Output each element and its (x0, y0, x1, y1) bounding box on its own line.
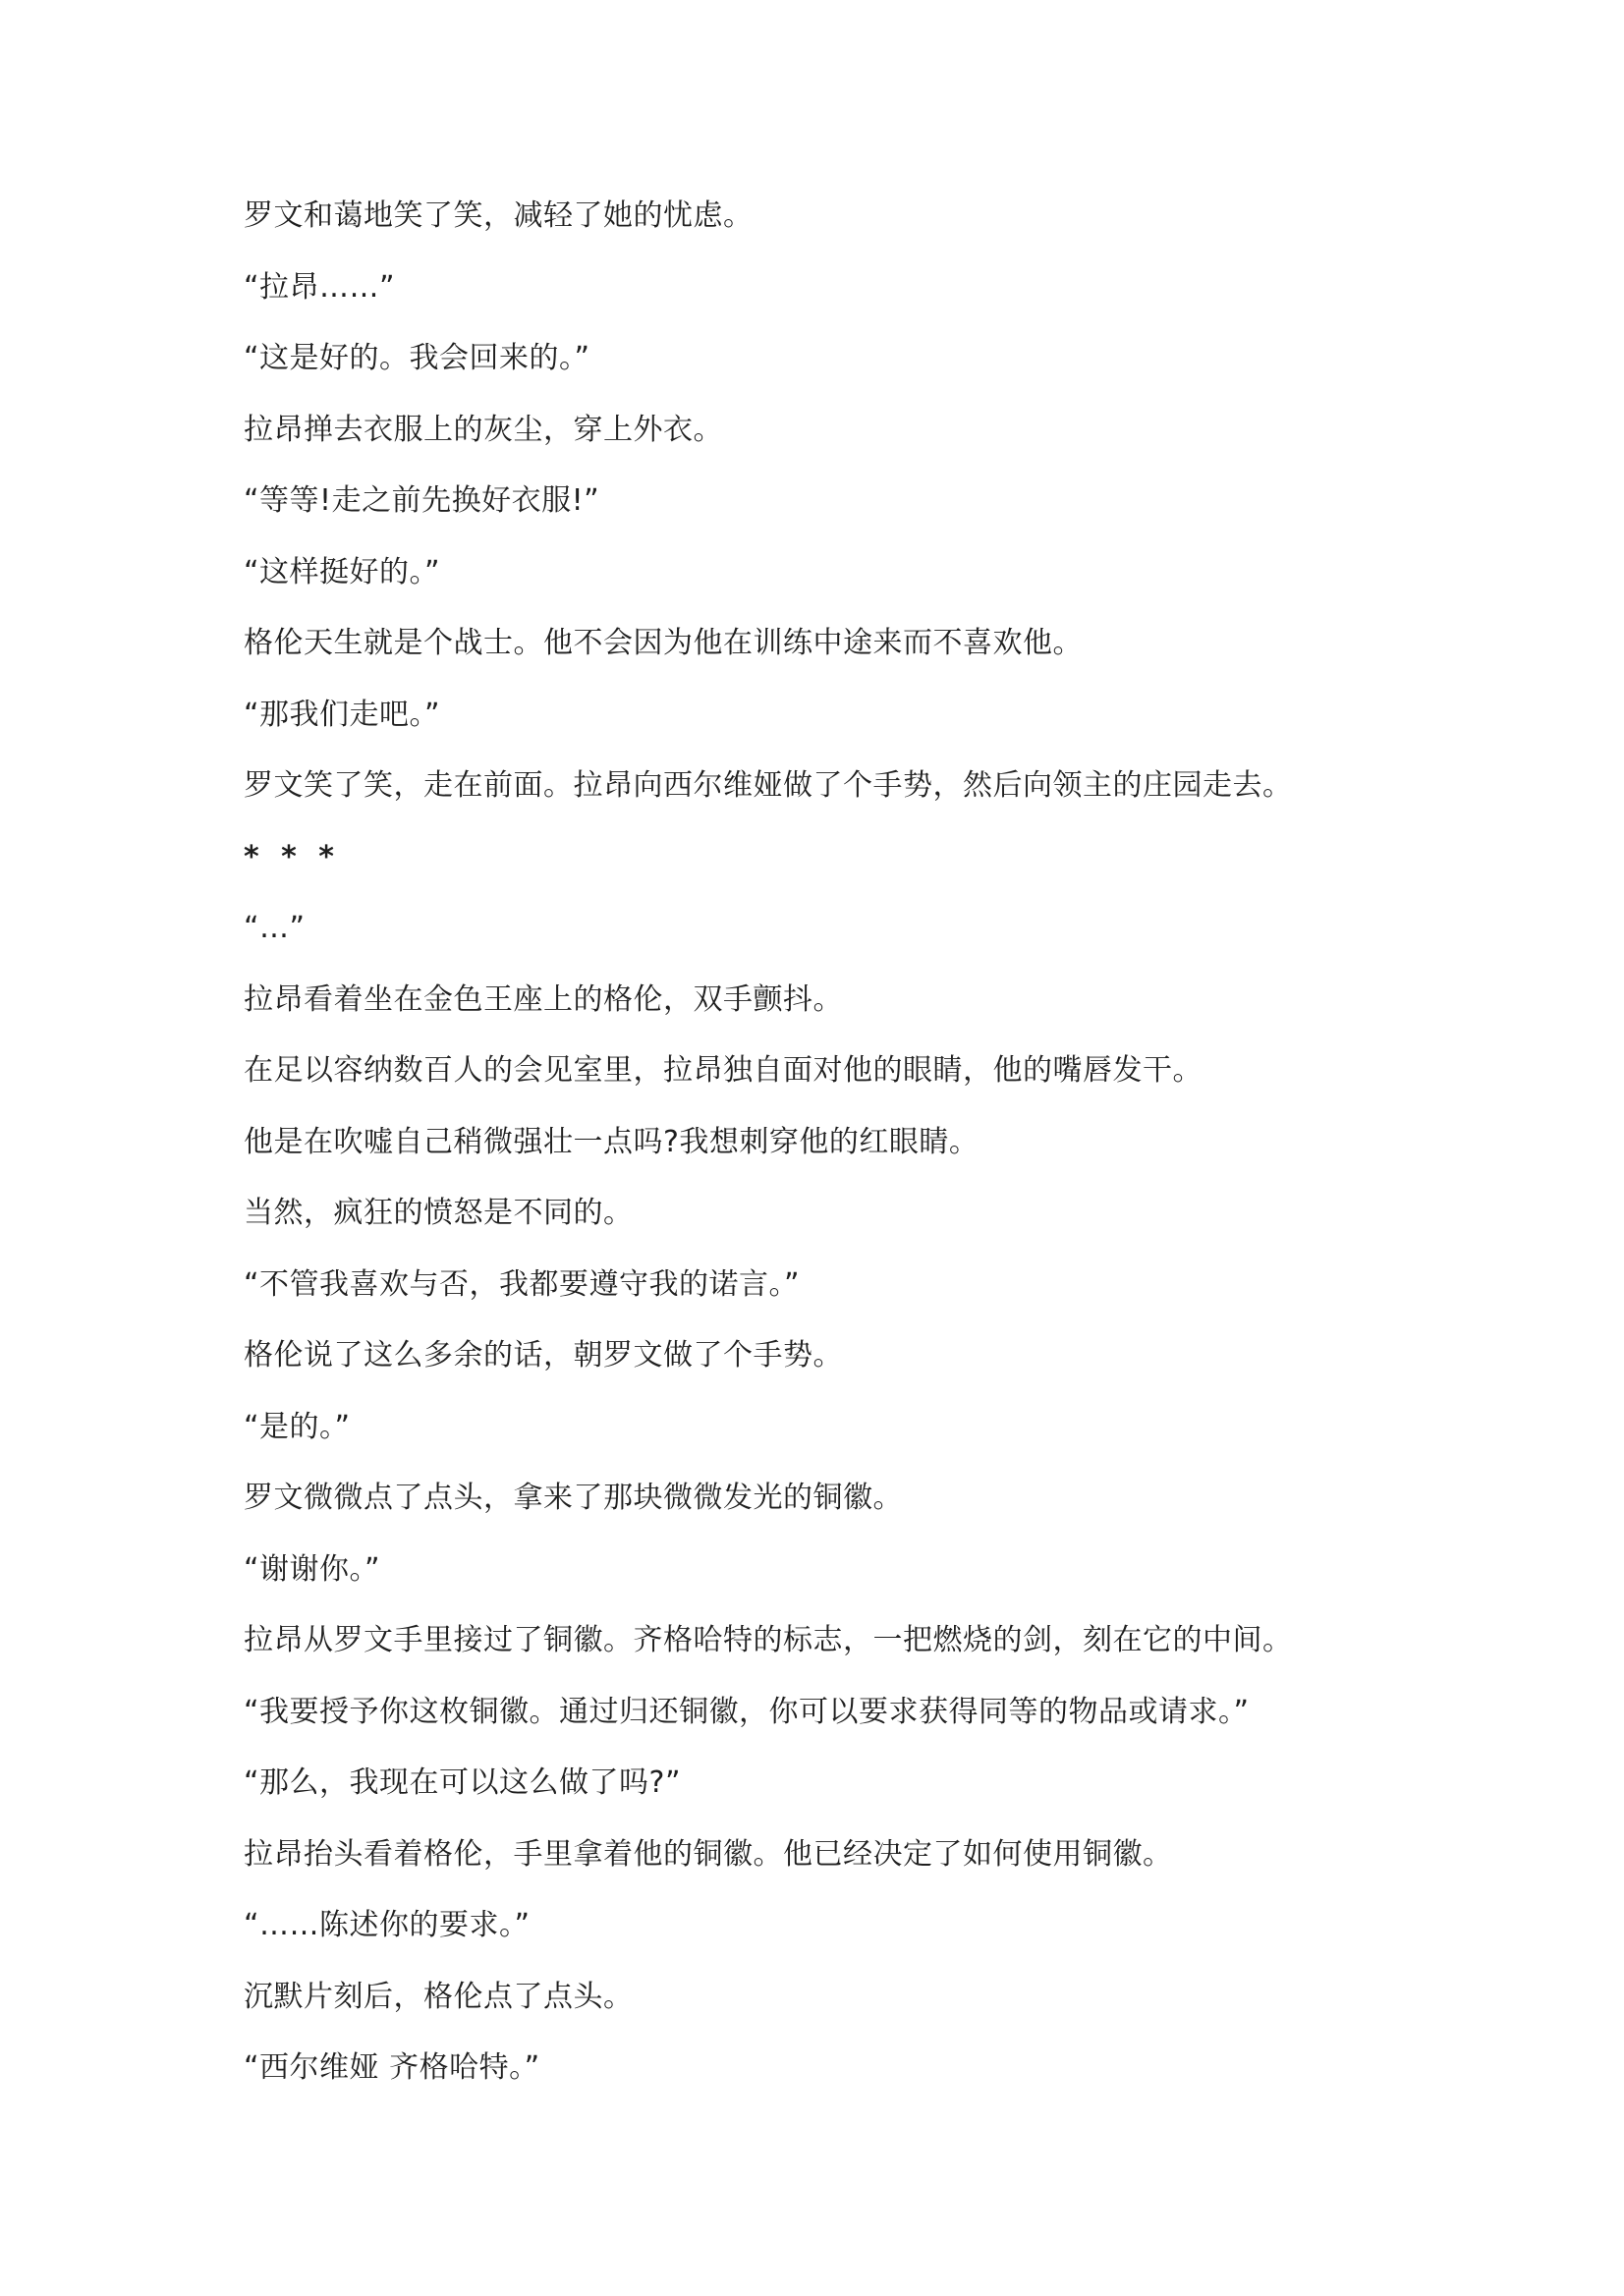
narration-paragraph: 拉昂看着坐在金色王座上的格伦，双手颤抖。 (244, 985, 1486, 1015)
dialogue-paragraph: “不管我喜欢与否，我都要遵守我的诺言。” (244, 1270, 1486, 1300)
dialogue-paragraph: “……陈述你的要求。” (244, 1911, 1486, 1940)
narration-paragraph: 拉昂抬头看着格伦，手里拿着他的铜徽。他已经决定了如何使用铜徽。 (244, 1840, 1486, 1870)
dialogue-paragraph: “…” (244, 914, 1486, 943)
narration-paragraph: 拉昂从罗文手里接过了铜徽。齐格哈特的标志，一把燃烧的剑，刻在它的中间。 (244, 1626, 1486, 1655)
paragraph-list: 罗文和蔼地笑了笑，减轻了她的忧虑。“拉昂……”“这是好的。我会回来的。”拉昂掸去… (244, 201, 1486, 2083)
narration-paragraph: 罗文和蔼地笑了笑，减轻了她的忧虑。 (244, 201, 1486, 231)
narration-paragraph: 罗文笑了笑，走在前面。拉昂向西尔维娅做了个手势，然后向领主的庄园走去。 (244, 771, 1486, 801)
dialogue-paragraph: “等等!走之前先换好衣服!” (244, 486, 1486, 516)
narration-paragraph: 格伦说了这么多余的话，朝罗文做了个手势。 (244, 1341, 1486, 1371)
scene-separator: * * * (244, 843, 1486, 872)
narration-paragraph: 格伦天生就是个战士。他不会因为他在训练中途来而不喜欢他。 (244, 629, 1486, 658)
dialogue-paragraph: “这样挺好的。” (244, 558, 1486, 588)
dialogue-paragraph: “这是好的。我会回来的。” (244, 344, 1486, 373)
narration-paragraph: 当然，疯狂的愤怒是不同的。 (244, 1199, 1486, 1228)
narration-paragraph: 拉昂掸去衣服上的灰尘，穿上外衣。 (244, 416, 1486, 445)
narration-paragraph: 沉默片刻后，格伦点了点头。 (244, 1983, 1486, 2012)
narration-paragraph: 在足以容纳数百人的会见室里，拉昂独自面对他的眼睛，他的嘴唇发干。 (244, 1056, 1486, 1086)
dialogue-paragraph: “那我们走吧。” (244, 700, 1486, 730)
dialogue-paragraph: “拉昂……” (244, 273, 1486, 303)
dialogue-paragraph: “谢谢你。” (244, 1555, 1486, 1585)
dialogue-paragraph: “西尔维娅 齐格哈特。” (244, 2053, 1486, 2083)
document-page: 罗文和蔼地笑了笑，减轻了她的忧虑。“拉昂……”“这是好的。我会回来的。”拉昂掸去… (0, 0, 1624, 2296)
dialogue-paragraph: “那么，我现在可以这么做了吗?” (244, 1768, 1486, 1798)
narration-paragraph: 罗文微微点了点头，拿来了那块微微发光的铜徽。 (244, 1484, 1486, 1513)
dialogue-paragraph: “是的。” (244, 1413, 1486, 1442)
dialogue-paragraph: “我要授予你这枚铜徽。通过归还铜徽，你可以要求获得同等的物品或请求。” (244, 1698, 1486, 1727)
narration-paragraph: 他是在吹嘘自己稍微强壮一点吗?我想刺穿他的红眼睛。 (244, 1128, 1486, 1157)
